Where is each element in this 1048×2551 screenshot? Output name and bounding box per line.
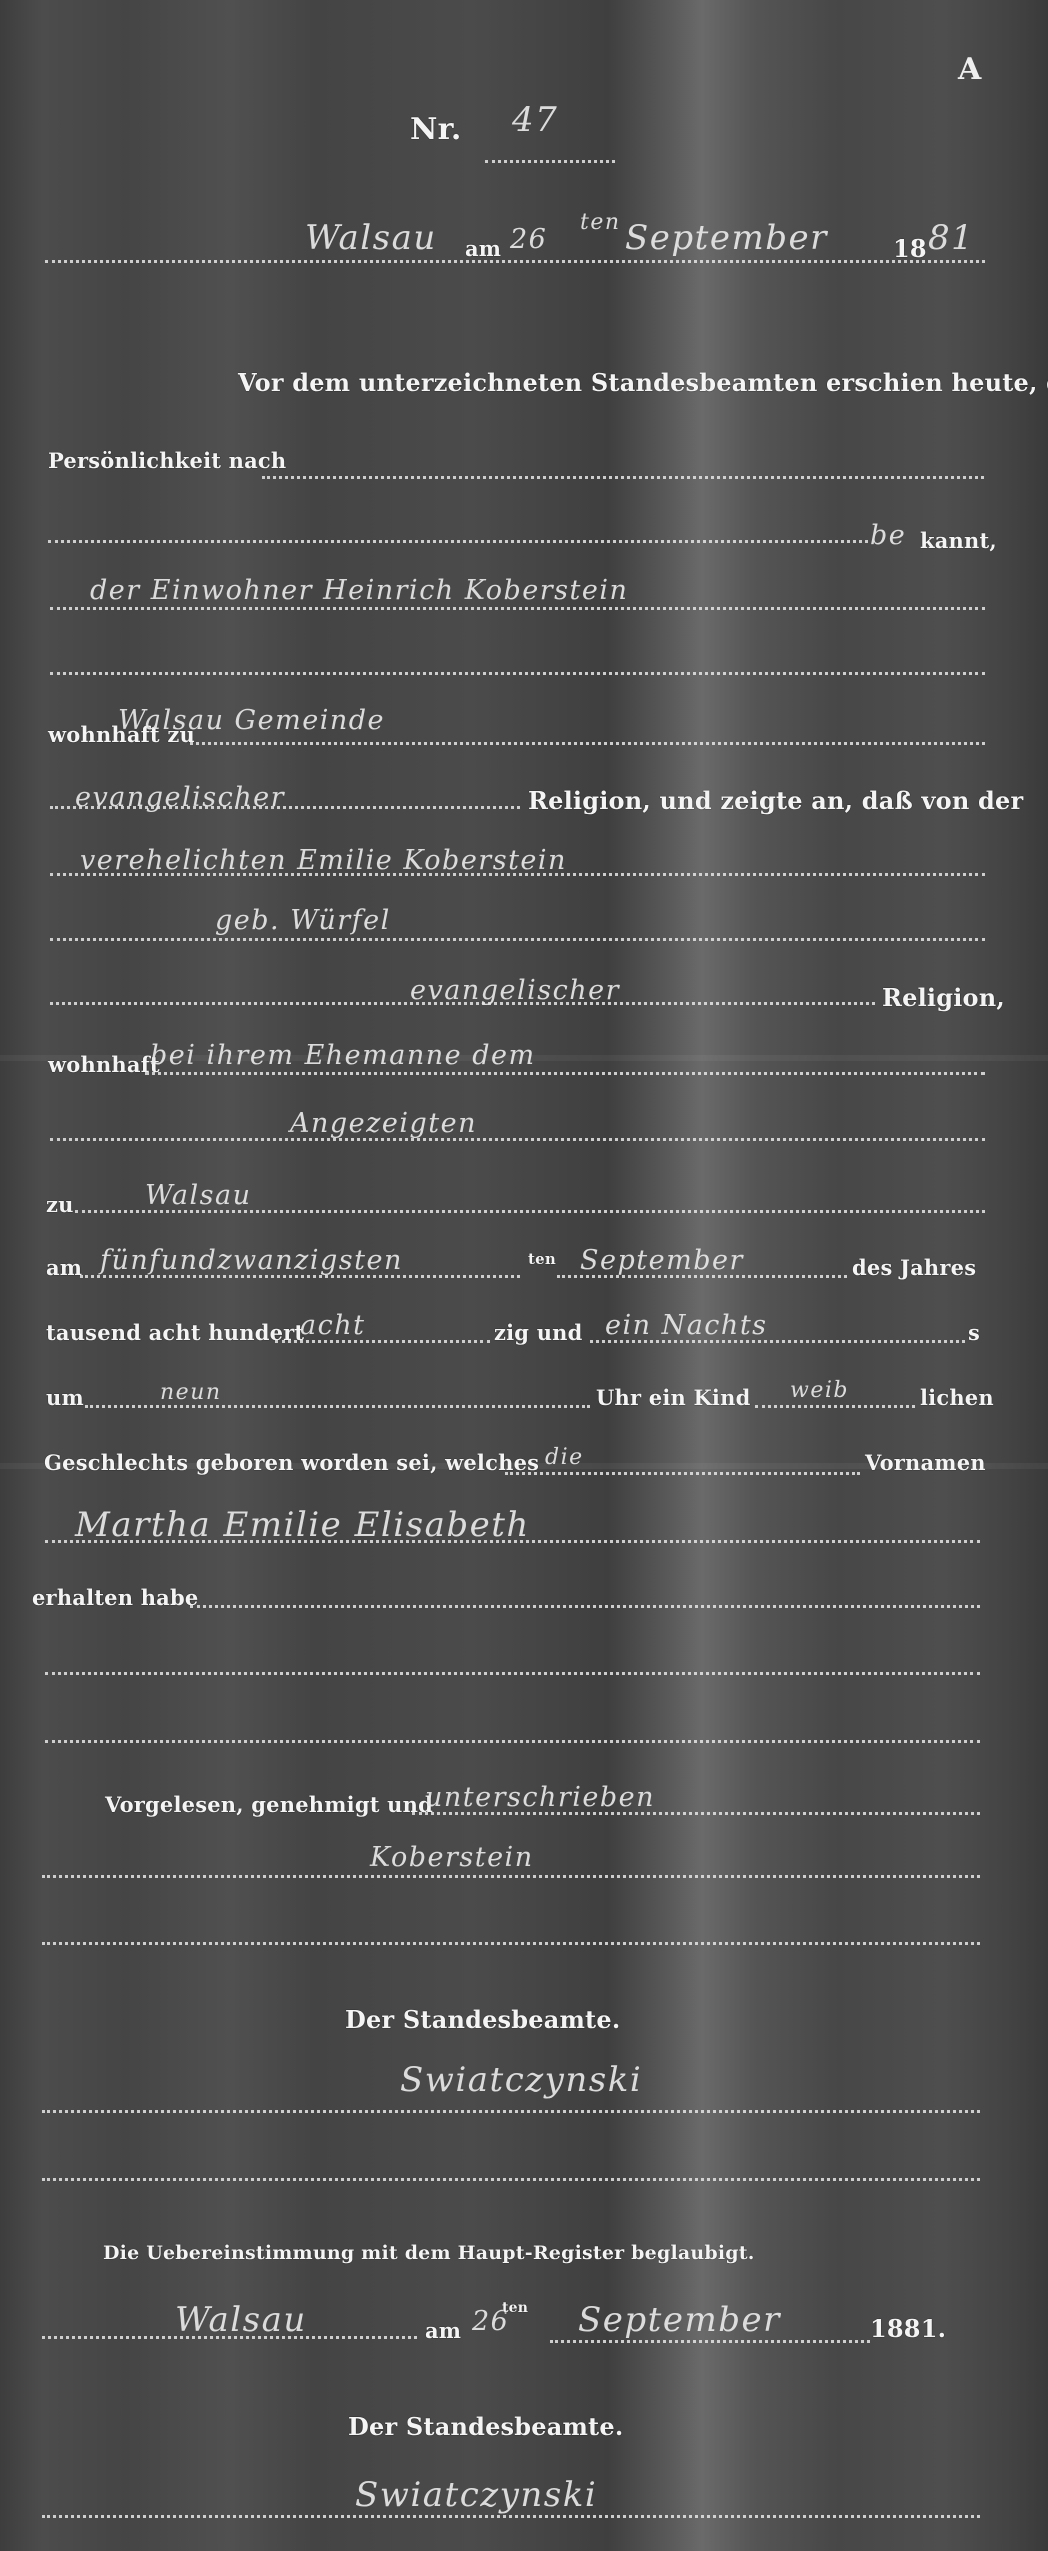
cert-month-line: [550, 2340, 870, 2343]
cert-place-line: [42, 2336, 417, 2339]
mother-religion-line: [50, 1002, 875, 1005]
erhalten-label: erhalten habe: [32, 1585, 198, 1610]
certification-text: Die Uebereinstimmung mit dem Haupt-Regis…: [103, 2242, 755, 2264]
residence-value: Walsau Gemeinde: [118, 705, 385, 736]
sex-value: weib: [790, 1378, 849, 1403]
tens-value: acht: [300, 1310, 365, 1341]
known-label: kannt,: [920, 528, 997, 553]
cert-year: 1881.: [870, 2314, 946, 2343]
cert-place: Walsau: [175, 2300, 307, 2340]
s-suffix: s: [968, 1320, 980, 1345]
registrar-signature-2: Swiatczynski: [355, 2475, 597, 2515]
cert-am-label: am: [425, 2318, 461, 2343]
informant-signature-line: [42, 1875, 980, 1878]
sex-line: [755, 1405, 915, 1408]
blank-line: [50, 672, 985, 675]
registrar-title-1: Der Standesbeamte.: [345, 2005, 620, 2034]
registrar-title-2: Der Standesbeamte.: [348, 2412, 623, 2441]
mother-residence-line-1-rule: [145, 1072, 985, 1075]
tens-line: [275, 1340, 490, 1343]
header-date-line: [45, 260, 985, 263]
gender-clause: Geschlechts geboren worden sei, welches: [44, 1450, 539, 1475]
blank-line: [42, 1942, 980, 1945]
header-month: September: [625, 218, 828, 258]
personality-label: Persönlichkeit nach: [48, 448, 286, 473]
zu-value: Walsau: [145, 1180, 251, 1211]
lichen-label: lichen: [920, 1385, 994, 1410]
informant-line: [50, 607, 985, 610]
known-line: [48, 540, 868, 543]
corner-mark: A: [958, 52, 980, 92]
blank-line: [45, 1672, 980, 1675]
header-place: Walsau: [305, 218, 437, 258]
header-day-suffix: ten: [580, 210, 621, 235]
uhr-label: Uhr ein Kind: [596, 1385, 750, 1410]
mother-residence-label: wohnhaft: [48, 1052, 160, 1077]
zig-und-label: zig und: [494, 1320, 583, 1345]
zu-label: zu: [46, 1192, 74, 1217]
number-label: Nr.: [410, 112, 462, 147]
erhalten-line: [190, 1605, 980, 1608]
read-value: unterschrieben: [425, 1782, 655, 1813]
mother-residence-line-1: bei ihrem Ehemanne dem: [150, 1040, 536, 1071]
header-day: 26: [510, 224, 547, 255]
mother-residence-line-2-rule: [50, 1138, 985, 1141]
am-label: am: [46, 1255, 82, 1280]
header-am-label: am: [465, 236, 501, 261]
blank-line: [45, 1740, 980, 1743]
hour-value: neun: [160, 1380, 222, 1405]
blank-line: [42, 2178, 980, 2181]
birth-month-line: [557, 1275, 847, 1278]
zu-line: [75, 1210, 985, 1213]
read-line: [412, 1812, 980, 1815]
mother-line-1: verehelichten Emilie Koberstein: [80, 845, 567, 876]
mother-line-2: geb. Würfel: [215, 905, 391, 936]
informant-religion-line: [50, 806, 520, 809]
ones-value: ein Nachts: [605, 1310, 768, 1341]
child-names-line: [45, 1540, 980, 1543]
known-prefix: be: [870, 520, 906, 551]
header-year-prefix: 18: [893, 234, 927, 263]
um-label: um: [46, 1385, 84, 1410]
year-label: des Jahres: [852, 1255, 976, 1280]
cert-day-suffix: ten: [502, 2300, 528, 2316]
read-label: Vorgelesen, genehmigt und: [105, 1792, 433, 1817]
welches-line: [505, 1472, 860, 1475]
birth-day-line: [80, 1275, 520, 1278]
religion-clause: Religion, und zeigte an, daß von der: [528, 786, 1023, 815]
ones-line: [590, 1340, 965, 1343]
child-names: Martha Emilie Elisabeth: [75, 1505, 530, 1545]
hour-line: [85, 1405, 590, 1408]
residence-line: [190, 742, 985, 745]
informant-signature: Koberstein: [370, 1842, 534, 1873]
number-line: [485, 160, 615, 163]
mother-residence-line-2: Angezeigten: [290, 1108, 477, 1139]
header-year-suffix: 81: [928, 218, 974, 258]
vornamen-label: Vornamen: [865, 1450, 986, 1475]
thousand-label: tausend acht hundert: [46, 1320, 304, 1345]
ten-label: ten: [528, 1250, 556, 1268]
birth-day-words: fünfundzwanzigsten: [100, 1245, 403, 1276]
birth-month: September: [580, 1245, 744, 1276]
mother-line-2-rule: [50, 938, 985, 941]
informant-name: der Einwohner Heinrich Koberstein: [90, 575, 628, 606]
cert-month: September: [578, 2300, 781, 2340]
registrar-signature-2-line: [42, 2515, 980, 2518]
mother-line-1-rule: [50, 873, 985, 876]
welches-value: die: [545, 1445, 584, 1470]
number-value: 47: [512, 100, 558, 140]
religion-label: Religion,: [882, 983, 1005, 1012]
registrar-signature-1: Swiatczynski: [400, 2060, 642, 2100]
intro-text: Vor dem unterzeichneten Standesbeamten e…: [238, 368, 1048, 397]
personality-line: [262, 476, 984, 479]
registrar-signature-1-line: [42, 2110, 980, 2113]
